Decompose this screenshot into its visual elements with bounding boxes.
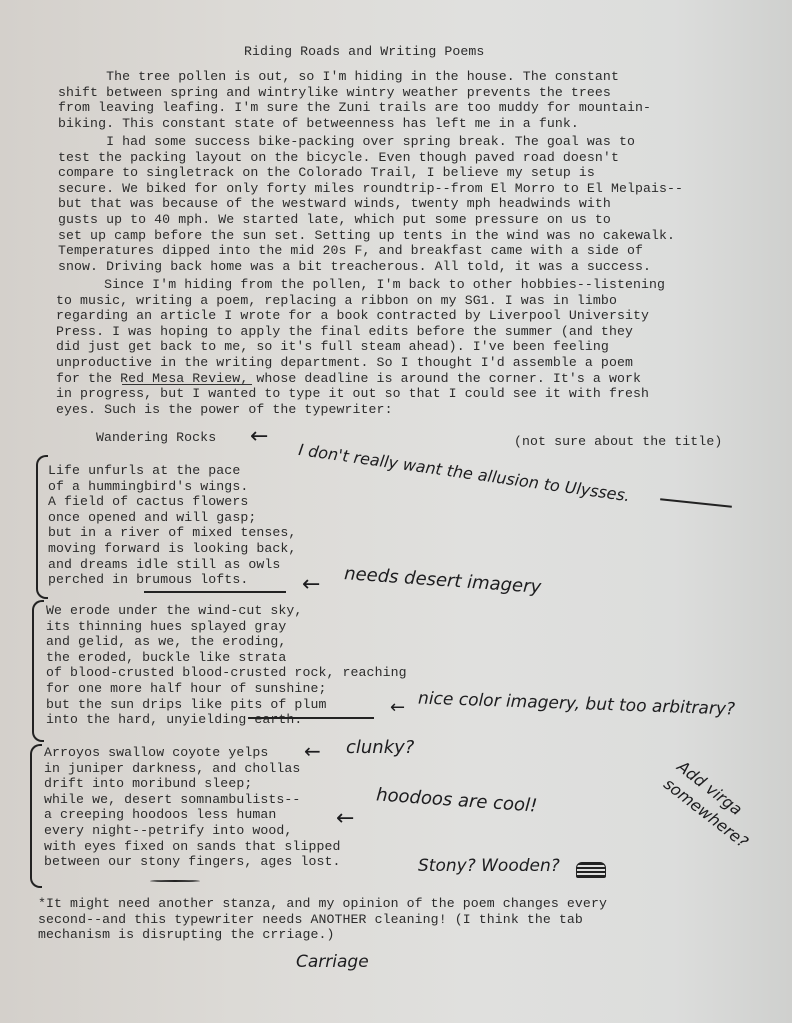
paragraph-3: Since I'm hiding from the pollen, I'm ba… xyxy=(56,277,665,417)
annotation-clunky: clunky? xyxy=(346,737,414,758)
poem-stanza-1: Life unfurls at the pace of a hummingbir… xyxy=(48,463,296,588)
annotation-stony-wooden: Stony? Wooden? xyxy=(418,856,560,876)
poem-stanza-3: Arroyos swallow coyote yelps in juniper … xyxy=(44,745,341,870)
arrow-icon: ← xyxy=(304,739,321,763)
stanza-3-bracket xyxy=(30,744,42,888)
annotation-title-note: I don't really want the allusion to Ulys… xyxy=(297,440,631,505)
underline-ulysses xyxy=(660,498,732,508)
underline-brumous-lofts xyxy=(144,591,286,593)
arrow-icon: ← xyxy=(250,424,268,449)
stanza-1-bracket xyxy=(36,455,48,599)
poem-title: Wandering Rocks xyxy=(96,430,216,446)
arrow-icon: ← xyxy=(336,806,354,831)
arrow-icon: ← xyxy=(302,572,320,597)
underline-red-mesa xyxy=(122,384,252,385)
footnote: *It might need another stanza, and my op… xyxy=(38,896,607,943)
annotation-desert-imagery: needs desert imagery xyxy=(344,563,542,598)
paragraph-1: The tree pollen is out, so I'm hiding in… xyxy=(58,69,651,131)
document-title: Riding Roads and Writing Poems xyxy=(244,44,484,60)
poem-title-note: (not sure about the title) xyxy=(514,434,722,450)
paragraph-2: I had some success bike-packing over spr… xyxy=(58,134,683,274)
scribble-icon xyxy=(576,862,606,878)
underline-stony xyxy=(150,880,200,882)
stanza-2-bracket xyxy=(32,600,44,742)
poem-stanza-2: We erode under the wind-cut sky, its thi… xyxy=(46,603,407,728)
underline-pits-of-plum xyxy=(248,717,374,719)
annotation-virga: Add virga somewhere? xyxy=(659,756,773,858)
annotation-carriage: Carriage xyxy=(296,952,369,972)
typewritten-page: Riding Roads and Writing Poems The tree … xyxy=(0,0,792,1023)
annotation-color-imagery: nice color imagery, but too arbitrary? xyxy=(418,688,736,719)
annotation-hoodoos: hoodoos are cool! xyxy=(375,784,537,816)
arrow-icon: ← xyxy=(390,697,405,718)
